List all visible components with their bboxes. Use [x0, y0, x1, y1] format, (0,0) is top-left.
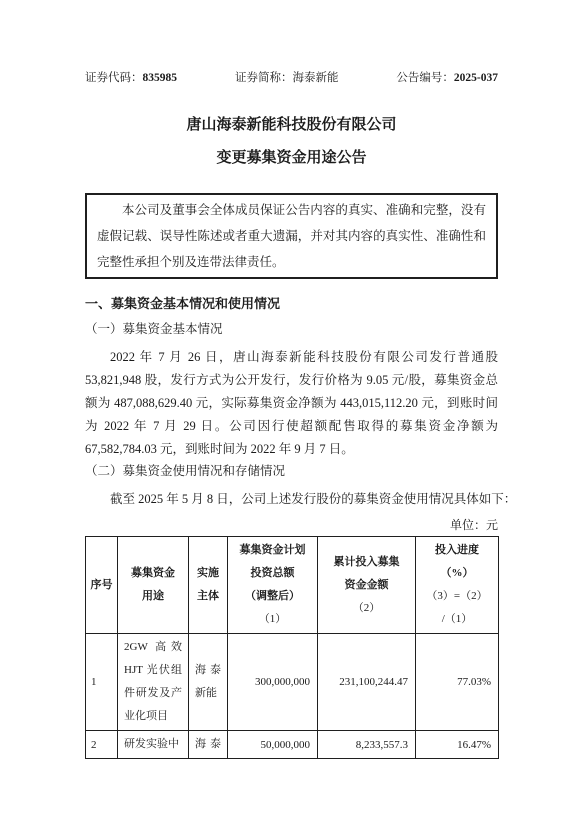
cell-row2-progress: 16.47%	[416, 731, 499, 759]
table-row-2: 2 研发实验中 海泰 50,000,000 8,233,557.3 16.47%	[86, 731, 499, 759]
cell-row1-planned-total: 300,000,000	[228, 634, 318, 731]
cell-row1-purpose: 2GW 高效 HJT 光伏组件研发及产业化项目	[118, 634, 189, 731]
col-header-invested-title: 累计投入募集 资金金额	[320, 551, 413, 597]
stock-code-value: 835985	[143, 72, 178, 84]
usage-intro-paragraph: 截至 2025 年 5 月 8 日，公司上述发行股份的募集资金使用情况具体如下：	[85, 488, 498, 511]
cell-row2-invested-amount: 8,233,557.3	[318, 731, 416, 759]
page-content: 证券代码：835985 证券简称：海泰新能 公告编号：2025-037 唐山海泰…	[85, 0, 498, 759]
cell-row2-no: 2	[86, 731, 118, 759]
col-header-entity: 实施 主体	[189, 537, 228, 634]
col-header-entity-title: 实施 主体	[191, 562, 225, 608]
cell-row1-no: 1	[86, 634, 118, 731]
disclaimer-text: 本公司及董事会全体成员保证公告内容的真实、准确和完整，没有虚假记载、误导性陈述或…	[97, 197, 486, 275]
announcement-number: 公告编号：2025-037	[396, 70, 498, 86]
section-1-heading: 一、募集资金基本情况和使用情况	[85, 296, 498, 311]
cell-row2-entity: 海泰	[189, 731, 228, 759]
disclaimer-box: 本公司及董事会全体成员保证公告内容的真实、准确和完整，没有虚假记载、误导性陈述或…	[85, 193, 498, 279]
unit-label: 单位：元	[85, 518, 498, 532]
fund-basic-paragraph: 2022 年 7 月 26 日，唐山海泰新能科技股份有限公司发行普通股 53,8…	[85, 346, 498, 461]
company-name-title: 唐山海泰新能科技股份有限公司	[85, 115, 498, 135]
stock-code-label: 证券代码：	[85, 72, 143, 84]
col-header-purpose: 募集资金 用途	[118, 537, 189, 634]
subsection-1-2-heading: （二）募集资金使用情况和存储情况	[85, 464, 498, 479]
table-header-row: 序号 募集资金 用途 实施 主体 募集资金计划 投资总额 （调整后）（1） 累计…	[86, 537, 499, 634]
meta-row: 证券代码：835985 证券简称：海泰新能 公告编号：2025-037	[85, 70, 498, 86]
col-header-planned-sub: （1）	[230, 608, 315, 631]
subsection-1-1-heading: （一）募集资金基本情况	[85, 322, 498, 337]
cell-row1-entity: 海泰新能	[189, 634, 228, 731]
cell-row1-invested-amount: 231,100,244.47	[318, 634, 416, 731]
col-header-invested: 累计投入募集 资金金额（2）	[318, 537, 416, 634]
cell-row2-planned-total: 50,000,000	[228, 731, 318, 759]
col-header-purpose-title: 募集资金 用途	[120, 562, 186, 608]
stock-short-name: 证券简称：海泰新能	[235, 70, 339, 86]
col-header-planned-total: 募集资金计划 投资总额 （调整后）（1）	[228, 537, 318, 634]
cell-row1-progress: 77.03%	[416, 634, 499, 731]
stock-code: 证券代码：835985	[85, 70, 177, 86]
fund-usage-table: 序号 募集资金 用途 实施 主体 募集资金计划 投资总额 （调整后）（1） 累计…	[85, 536, 499, 759]
cell-row2-purpose: 研发实验中	[118, 731, 189, 759]
announcement-title: 变更募集资金用途公告	[85, 148, 498, 168]
col-header-no-title: 序号	[88, 574, 115, 597]
col-header-progress: 投入进度 （%）（3）=（2） /（1）	[416, 537, 499, 634]
stock-name-label: 证券简称：	[235, 72, 293, 84]
col-header-invested-sub: （2）	[320, 597, 413, 620]
col-header-planned-title: 募集资金计划 投资总额 （调整后）	[230, 539, 315, 608]
col-header-progress-sub: （3）=（2） /（1）	[418, 585, 496, 631]
col-header-progress-title: 投入进度 （%）	[418, 539, 496, 585]
announcement-no-label: 公告编号：	[396, 72, 454, 84]
announcement-no-value: 2025-037	[454, 72, 498, 84]
announcement-page: 证券代码：835985 证券简称：海泰新能 公告编号：2025-037 唐山海泰…	[0, 0, 574, 816]
table-row-1: 1 2GW 高效 HJT 光伏组件研发及产业化项目 海泰新能 300,000,0…	[86, 634, 499, 731]
col-header-no: 序号	[86, 537, 118, 634]
stock-name-value: 海泰新能	[292, 72, 338, 84]
